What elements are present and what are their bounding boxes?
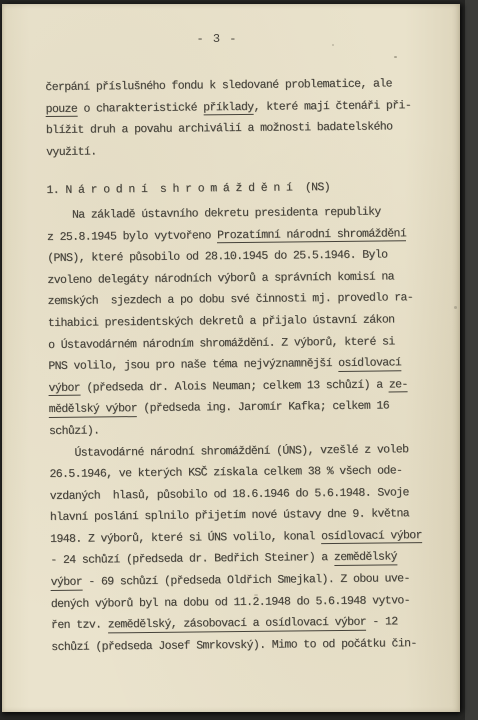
text-segment: Na základě ústavního dekretu presidenta …: [47, 205, 381, 221]
paper-speck: [254, 594, 258, 596]
text-segment: - 69 schůzí (předseda Oldřich Smejkal). …: [82, 572, 410, 588]
text-segment: schůzí).: [49, 424, 100, 438]
text-segment: zemských sjezdech a po dobu své činnosti…: [48, 292, 414, 309]
heading: 1. N á r o d n í s h r o m á ž d ě n í (…: [46, 176, 430, 202]
underlined-text: příklady: [203, 100, 254, 115]
text-segment: dených výborů byl na dobu od 11.2.1948 d…: [51, 594, 410, 611]
text-segment: řen tzv.: [51, 619, 108, 633]
text-line: mědělský výbor (předseda ing. Jaromír Ka…: [49, 395, 433, 421]
scanner-background-band: [465, 0, 478, 720]
text-line: schůzí (předseda Josef Smrkovský). Mimo …: [51, 633, 435, 659]
text-segment: blížit druh a povahu archiválií a možnos…: [46, 121, 393, 138]
document-text: čerpání příslušného fondu k sledované pr…: [45, 73, 435, 658]
underlined-text: ze-: [389, 378, 408, 393]
text-segment: Ústavodárné národní shromáždění (ÚNS), v…: [49, 443, 408, 460]
underlined-text: pouze: [46, 102, 78, 117]
paragraph: Ústavodárné národní shromáždění (ÚNS), v…: [49, 438, 435, 658]
underlined-text: osídlovací: [338, 356, 401, 371]
text-segment: čerpání příslušného fondu k sledované pr…: [45, 77, 392, 94]
paper-speck: [454, 306, 457, 309]
paragraph: čerpání příslušného fondu k sledované pr…: [45, 73, 430, 163]
text-segment: (PNS), které působilo od 28.10.1945 do 2…: [47, 249, 387, 266]
text-segment: (předseda dr. Alois Neuman; celkem 13 sc…: [80, 378, 389, 394]
text-segment: tihabici presidentských dekretů a přijal…: [48, 313, 395, 330]
document-page: - 3 - čerpání příslušného fondu k sledov…: [2, 4, 460, 712]
text-segment: schůzí (předseda Josef Smrkovský). Mimo …: [51, 637, 417, 654]
text-segment: - 12: [366, 616, 398, 629]
underlined-text: zemědělský: [334, 551, 397, 566]
underlined-text: výbor: [50, 576, 82, 591]
text-segment: z 25.8.1945 bylo vytvořeno: [47, 229, 217, 244]
page-number: - 3 -: [0, 32, 446, 46]
underlined-text: zemědělský, zásobovací a osídlovací výbo…: [108, 616, 366, 633]
underlined-text: Prozatímní národní shromáždění: [217, 227, 406, 243]
text-line: využití.: [46, 138, 430, 164]
underlined-text: mědělský výbor: [49, 402, 137, 417]
scanned-document: - 3 - čerpání příslušného fondu k sledov…: [0, 0, 478, 720]
text-segment: - 24 schůzí (předseda dr. Bedřich Steine…: [50, 551, 334, 567]
text-segment: PNS volilo, jsou pro naše téma nejvýznam…: [48, 357, 338, 373]
text-segment: využití.: [46, 145, 97, 159]
text-line: 1. N á r o d n í s h r o m á ž d ě n í (…: [46, 176, 430, 202]
underlined-text: osídlovací výbor: [321, 529, 422, 545]
text-segment: 1. N á r o d n í s h r o m á ž d ě n í (…: [46, 181, 330, 197]
text-segment: vzdaných hlasů, působilo od 18.6.1946 do…: [50, 486, 409, 503]
text-segment: 26.5.1946, ve kterých KSČ získala celkem…: [49, 464, 402, 481]
text-segment: zvoleno delegáty národních výborů a sprá…: [47, 270, 394, 287]
paper-speck: [394, 56, 397, 58]
text-segment: o Ústavodárném národním shromáždění. Z v…: [48, 335, 395, 352]
text-line: blížit druh a povahu archiválií a možnos…: [46, 116, 430, 142]
text-segment: , které mají čtenáři při-: [253, 99, 411, 114]
underlined-text: výbor: [48, 381, 80, 396]
paragraph: Na základě ústavního dekretu presidenta …: [47, 201, 433, 443]
paper-speck: [332, 44, 334, 46]
text-segment: 1948. Z výborů, které si ÚNS volilo, kon…: [50, 530, 321, 546]
text-segment: hlavní poslání splnilo přijetím nové úst…: [50, 508, 409, 525]
text-segment: o charakteristické: [77, 101, 203, 115]
text-segment: (předseda ing. Jaromír Kafka; celkem 16: [137, 400, 389, 416]
